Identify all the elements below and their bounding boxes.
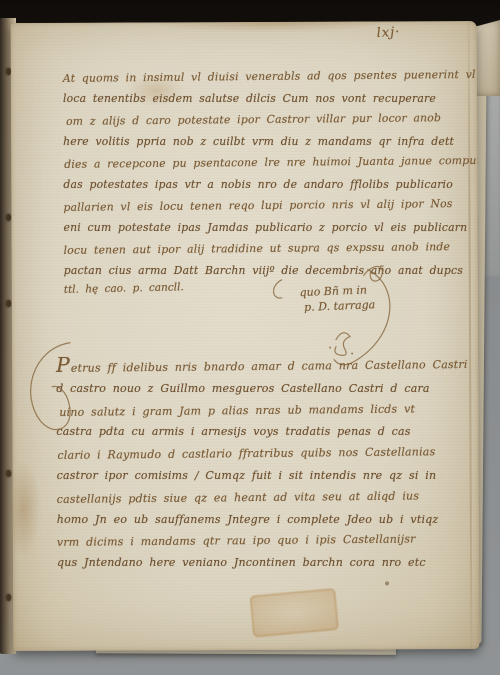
manuscript-line: clario i Raymudo d castlario ffratribus … [57,441,462,467]
manuscript-line: das potestates ipas vtr a nobis nro de a… [63,173,461,194]
manuscript-line: At quoms in insimul vl diuisi venerabls … [63,64,461,89]
stitch-dot [6,300,11,307]
stitch-dot [6,594,11,601]
manuscript-line: locu tenen aut ipor alij tradidine ut su… [64,236,462,261]
folio-number: lxj· [376,25,400,41]
manuscript-line: om z alijs d caro potestate ipor Castror… [66,107,461,132]
manuscript-line: eni cum potestate ipas Jamdas publicario… [64,216,462,238]
manuscript-line: qus Jntendano here veniano Jncontinen ba… [57,552,463,574]
manuscript-line: castellanijs pdtis siue qz ea heant ad v… [57,485,463,511]
manuscript-line: castra pdta cu armis i arnesijs voys tra… [56,421,462,443]
page-fold-edge [468,21,473,649]
manuscript-photo: lxj· At quoms in insimul vl diuisi vener… [0,0,500,675]
manuscript-line: Petrus ff idelibus nris bnardo amar d ca… [56,354,462,380]
stitch-dot [6,214,11,221]
stain [11,461,41,557]
manuscript-line: homo Jn eo ub sauffanems Jntegre i compl… [57,509,463,531]
manuscript-page: lxj· At quoms in insimul vl diuisi vener… [11,21,480,651]
manuscript-line: vrm dicims i mandams qtr rau ipo quo i i… [57,528,463,554]
chancery-note: ttl. hę cao. p. cancll. [64,281,184,296]
manuscript-line: here volitis ppria nob z cuilbt vrm diu … [63,130,461,152]
manuscript-line: uino salutz i gram Jam p alias nras ub m… [59,398,462,424]
manuscript-line: pallarien vl eis locu tenen reqo lupi po… [63,193,461,218]
ink-speck [385,581,389,585]
manuscript-line: castror ipor comisims / Cumqz fuit i sit… [57,465,463,487]
manuscript-line: dies a recepcone pu psentacone lre nre h… [64,150,461,175]
paragraph-first-letter-block: At quoms in insimul vl diuisi venerabls … [63,65,462,282]
stain [161,21,381,32]
stitch-dot [6,470,11,477]
manuscript-line: d castro nouo z Guillmo mesgueros Castel… [56,378,462,400]
manuscript-line: loca tenentibs eisdem salutse dilcis Cum… [63,87,461,109]
paragraph-second-block: Petrus ff idelibus nris bnardo amar d ca… [56,355,463,575]
tape-stain [249,588,338,638]
